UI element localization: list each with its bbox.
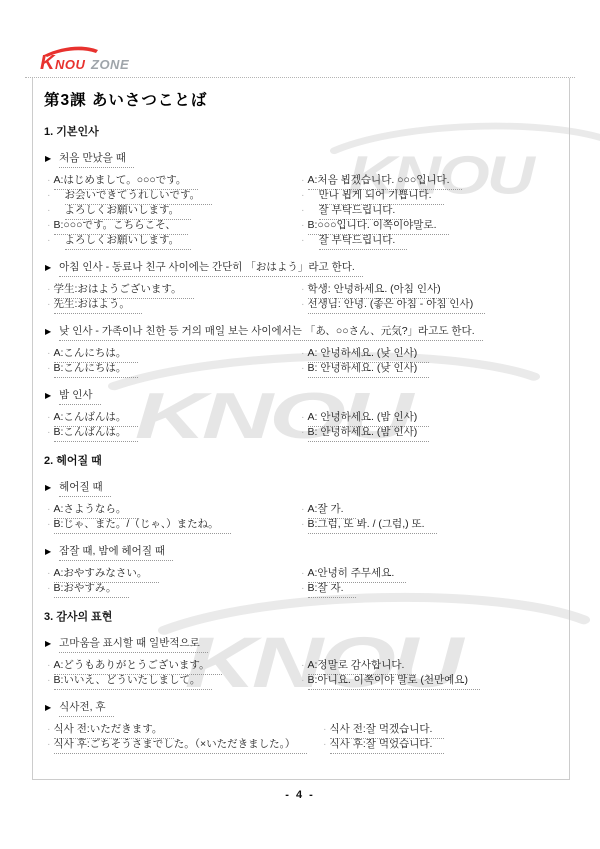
dialogue-table: A:こんばんは。A: 안녕하세요. (밤 인사)B:こんばんは。B: 안녕하세요… — [47, 410, 559, 440]
dialogue-jp-cell: 先生:おはよう。 — [47, 297, 301, 312]
dialogue-kr-cell: 식사 후:잘 먹었습니다. — [323, 737, 559, 752]
dialogue-table: A:こんにちは。A: 안녕하세요. (낮 인사)B:こんにちは。B: 안녕하세요… — [47, 346, 559, 376]
dialogue-kr-cell: 선생님: 안녕. (좋은 아침 - 아침 인사) — [301, 297, 559, 312]
dialogue-kr-cell: B: 안녕하세요. (낮 인사) — [301, 361, 559, 376]
knouzone-logo: K NOU ZONE — [38, 44, 188, 79]
dialogue-table: A:おやすみなさい。A:안녕히 주무세요.B:おやすみ。B:잘 자. — [47, 566, 559, 596]
dialogue-block: ▶처음 만났을 때A:はじめまして。○○○です。A:처음 뵙겠습니다. ○○○입… — [43, 151, 559, 248]
table-row: 学生:おはようございます。학생: 안녕하세요. (아침 인사) — [47, 282, 559, 297]
table-row: B:じゃ、また。/（じゃ、）またね。B:그럼, 또 봐. / (그럼,) 또. — [47, 517, 559, 532]
triangle-bullet-icon: ▶ — [45, 480, 51, 495]
section: 3. 감사의 표현▶고마움을 표시할 때 일반적으로A:どうもありがとうございま… — [43, 610, 559, 752]
table-row: 식사 후:ごちそうさまでした。（×いただきました。）식사 후:잘 먹었습니다. — [47, 737, 559, 752]
dialogue-jp-cell: よろしくお願いします。 — [47, 203, 301, 218]
dialogue-block: ▶밤 인사A:こんばんは。A: 안녕하세요. (밤 인사)B:こんばんは。B: … — [43, 388, 559, 440]
bullet-heading: ▶잠잘 때, 밤에 헤어질 때 — [45, 544, 559, 559]
table-row: B:○○○です。こちらこそ、B:○○○입니다. 이쪽이야말로. — [47, 218, 559, 233]
dialogue-text: B: 안녕하세요. (밤 인사) — [308, 425, 430, 442]
dialogue-jp-cell: B:いいえ、どういたしまして。 — [47, 673, 301, 688]
dialogue-table: 식사 전:いただきます。식사 전:잘 먹겠습니다.식사 후:ごちそうさまでした。… — [47, 722, 559, 752]
section-heading: 2. 헤어질 때 — [44, 454, 559, 468]
section-heading: 3. 감사의 표현 — [44, 610, 559, 624]
dialogue-text: B: 안녕하세요. (낮 인사) — [308, 361, 430, 378]
table-row: B:いいえ、どういたしまして。B:아니요. 이쪽이야 말로 (천만예요) — [47, 673, 559, 688]
dialogue-table: A:はじめまして。○○○です。A:처음 뵙겠습니다. ○○○입니다.お会いできて… — [47, 173, 559, 248]
dialogue-text: B:아니요. 이쪽이야 말로 (천만예요) — [308, 673, 480, 690]
bullet-heading: ▶처음 만났을 때 — [45, 151, 559, 166]
dialogue-kr-cell: 학생: 안녕하세요. (아침 인사) — [301, 282, 559, 297]
dialogue-jp-cell: A:どうもありがとうございます。 — [47, 658, 301, 673]
dialogue-kr-cell: 식사 전:잘 먹겠습니다. — [323, 722, 559, 737]
dialogue-text: B:じゃ、また。/（じゃ、）またね。 — [54, 517, 231, 534]
dialogue-jp-cell: B:おやすみ。 — [47, 581, 301, 596]
section: 2. 헤어질 때▶헤어질 때A:さようなら。A:잘 가.B:じゃ、また。/（じゃ… — [43, 454, 559, 596]
dialogue-text: 선생님: 안녕. (좋은 아침 - 아침 인사) — [308, 297, 486, 314]
bullet-heading: ▶낮 인사 - 가족이나 친한 등 거의 매일 보는 사이에서는 「あ、○○さん… — [45, 324, 559, 339]
dialogue-jp-cell: A:こんばんは。 — [47, 410, 301, 425]
table-row: A:こんばんは。A: 안녕하세요. (밤 인사) — [47, 410, 559, 425]
dialogue-jp-cell: お会いできてうれしいです。 — [47, 188, 301, 203]
bullet-heading-text: 잠잘 때, 밤에 헤어질 때 — [59, 543, 173, 561]
dialogue-table: 学生:おはようございます。학생: 안녕하세요. (아침 인사)先生:おはよう。선… — [47, 282, 559, 312]
dialogue-jp-cell: A:さようなら。 — [47, 502, 301, 517]
table-row: B:おやすみ。B:잘 자. — [47, 581, 559, 596]
dialogue-jp-cell: B:こんばんは。 — [47, 425, 301, 440]
dialogue-block: ▶낮 인사 - 가족이나 친한 등 거의 매일 보는 사이에서는 「あ、○○さん… — [43, 324, 559, 376]
bullet-heading: ▶헤어질 때 — [45, 480, 559, 495]
dialogue-jp-cell: 식사 후:ごちそうさまでした。（×いただきました。） — [47, 737, 323, 752]
dialogue-text: 식사 후:잘 먹었습니다. — [330, 737, 445, 754]
table-row: よろしくお願いします。잘 부탁드립니다. — [47, 233, 559, 248]
bullet-heading-text: 헤어질 때 — [59, 479, 111, 497]
dialogue-table: A:どうもありがとうございます。A:정말로 감사합니다.B:いいえ、どういたしま… — [47, 658, 559, 688]
triangle-bullet-icon: ▶ — [45, 636, 51, 651]
dialogue-jp-cell: 学生:おはようございます。 — [47, 282, 301, 297]
dialogue-text: よろしくお願いします。 — [65, 233, 192, 250]
bullet-heading-text: 식사전, 후 — [59, 699, 113, 717]
bullet-heading: ▶식사전, 후 — [45, 700, 559, 715]
table-row: A:さようなら。A:잘 가. — [47, 502, 559, 517]
dialogue-block: ▶식사전, 후식사 전:いただきます。식사 전:잘 먹겠습니다.식사 후:ごちそ… — [43, 700, 559, 752]
dialogue-block: ▶헤어질 때A:さようなら。A:잘 가.B:じゃ、また。/（じゃ、）またね。B:… — [43, 480, 559, 532]
dialogue-jp-cell: 식사 전:いただきます。 — [47, 722, 323, 737]
dialogue-text: 식사 후:ごちそうさまでした。（×いただきました。） — [54, 737, 308, 754]
logo-k: K — [40, 52, 56, 74]
dialogue-table: A:さようなら。A:잘 가.B:じゃ、また。/（じゃ、）またね。B:그럼, 또 … — [47, 502, 559, 532]
dialogue-kr-cell: B:아니요. 이쪽이야 말로 (천만예요) — [301, 673, 559, 688]
section-heading: 1. 기본인사 — [44, 125, 559, 139]
dialogue-kr-cell: 잘 부탁드립니다. — [301, 203, 559, 218]
dialogue-block: ▶잠잘 때, 밤에 헤어질 때A:おやすみなさい。A:안녕히 주무세요.B:おや… — [43, 544, 559, 596]
dialogue-text: 잘 부탁드립니다. — [319, 233, 408, 250]
dialogue-kr-cell: A: 안녕하세요. (낮 인사) — [301, 346, 559, 361]
bullet-heading-text: 고마움을 표시할 때 일반적으로 — [59, 635, 208, 653]
table-row: B:こんばんは。B: 안녕하세요. (밤 인사) — [47, 425, 559, 440]
triangle-bullet-icon: ▶ — [45, 324, 51, 339]
triangle-bullet-icon: ▶ — [45, 260, 51, 275]
dialogue-text: B:こんにちは。 — [54, 361, 139, 378]
bullet-heading-text: 낮 인사 - 가족이나 친한 등 거의 매일 보는 사이에서는 「あ、○○さん、… — [59, 323, 482, 341]
dialogue-text: B:こんばんは。 — [54, 425, 139, 442]
dialogue-jp-cell: B:じゃ、また。/（じゃ、）またね。 — [47, 517, 301, 532]
table-row: B:こんにちは。B: 안녕하세요. (낮 인사) — [47, 361, 559, 376]
dialogue-kr-cell: B: 안녕하세요. (밤 인사) — [301, 425, 559, 440]
dialogue-kr-cell: B:○○○입니다. 이쪽이야말로. — [301, 218, 559, 233]
dialogue-jp-cell: A:おやすみなさい。 — [47, 566, 301, 581]
dialogue-kr-cell: 만나 뵙게 되어 기쁩니다. — [301, 188, 559, 203]
dialogue-jp-cell: A:はじめまして。○○○です。 — [47, 173, 301, 188]
page-title: 第3課 あいさつことば — [44, 90, 559, 111]
dialogue-text: 先生:おはよう。 — [54, 297, 142, 314]
table-row: 先生:おはよう。선생님: 안녕. (좋은 아침 - 아침 인사) — [47, 297, 559, 312]
sections-container: 1. 기본인사▶처음 만났을 때A:はじめまして。○○○です。A:처음 뵙겠습니… — [43, 125, 559, 752]
table-row: A:おやすみなさい。A:안녕히 주무세요. — [47, 566, 559, 581]
document-page: KNOU KNOU KNOU K NOU ZONE 第3課 あいさつことば 1.… — [0, 0, 600, 849]
table-row: お会いできてうれしいです。만나 뵙게 되어 기쁩니다. — [47, 188, 559, 203]
bullet-heading: ▶밤 인사 — [45, 388, 559, 403]
bullet-heading: ▶아침 인사 - 동료나 친구 사이에는 간단히 「おはよう」라고 한다. — [45, 260, 559, 275]
dialogue-jp-cell: B:○○○です。こちらこそ、 — [47, 218, 301, 233]
dialogue-block: ▶고마움을 표시할 때 일반적으로A:どうもありがとうございます。A:정말로 감… — [43, 636, 559, 688]
dialogue-kr-cell: A: 안녕하세요. (밤 인사) — [301, 410, 559, 425]
page-number: - 4 - — [0, 789, 600, 801]
dialogue-jp-cell: よろしくお願いします。 — [47, 233, 301, 248]
dialogue-block: ▶아침 인사 - 동료나 친구 사이에는 간단히 「おはよう」라고 한다.学生:… — [43, 260, 559, 312]
triangle-bullet-icon: ▶ — [45, 151, 51, 166]
dialogue-kr-cell: B:그럼, 또 봐. / (그럼,) 또. — [301, 517, 559, 532]
dialogue-text: B:그럼, 또 봐. / (그럼,) 또. — [308, 517, 437, 534]
bullet-heading-text: 처음 만났을 때 — [59, 150, 134, 168]
dialogue-text: B:いいえ、どういたしまして。 — [54, 673, 213, 690]
dialogue-kr-cell: B:잘 자. — [301, 581, 559, 596]
table-row: 식사 전:いただきます。식사 전:잘 먹겠습니다. — [47, 722, 559, 737]
dialogue-kr-cell: A:안녕히 주무세요. — [301, 566, 559, 581]
content-box: 第3課 あいさつことば 1. 기본인사▶처음 만났을 때A:はじめまして。○○○… — [32, 78, 570, 780]
triangle-bullet-icon: ▶ — [45, 700, 51, 715]
dialogue-text: B:잘 자. — [308, 581, 356, 598]
dialogue-kr-cell: A:정말로 감사합니다. — [301, 658, 559, 673]
table-row: A:はじめまして。○○○です。A:처음 뵙겠습니다. ○○○입니다. — [47, 173, 559, 188]
dialogue-kr-cell: 잘 부탁드립니다. — [301, 233, 559, 248]
dialogue-jp-cell: B:こんにちは。 — [47, 361, 301, 376]
bullet-heading: ▶고마움을 표시할 때 일반적으로 — [45, 636, 559, 651]
dialogue-kr-cell: A:처음 뵙겠습니다. ○○○입니다. — [301, 173, 559, 188]
logo-zone: ZONE — [90, 57, 129, 72]
logo-nou: NOU — [55, 57, 86, 72]
bullet-heading-text: 아침 인사 - 동료나 친구 사이에는 간단히 「おはよう」라고 한다. — [59, 259, 363, 277]
table-row: A:こんにちは。A: 안녕하세요. (낮 인사) — [47, 346, 559, 361]
bullet-heading-text: 밤 인사 — [59, 387, 100, 405]
table-row: A:どうもありがとうございます。A:정말로 감사합니다. — [47, 658, 559, 673]
triangle-bullet-icon: ▶ — [45, 388, 51, 403]
dialogue-kr-cell: A:잘 가. — [301, 502, 559, 517]
dialogue-text: B:おやすみ。 — [54, 581, 129, 598]
dialogue-jp-cell: A:こんにちは。 — [47, 346, 301, 361]
table-row: よろしくお願いします。잘 부탁드립니다. — [47, 203, 559, 218]
section: 1. 기본인사▶처음 만났을 때A:はじめまして。○○○です。A:처음 뵙겠습니… — [43, 125, 559, 440]
triangle-bullet-icon: ▶ — [45, 544, 51, 559]
